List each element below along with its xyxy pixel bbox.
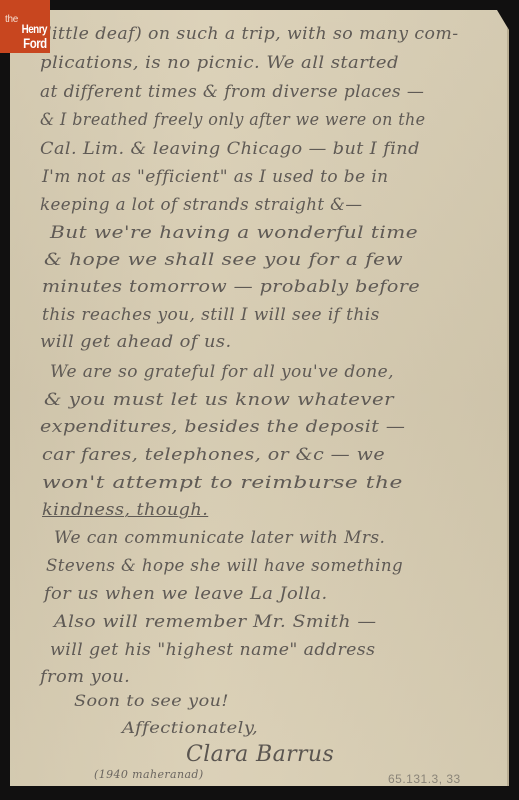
- letter-line: Cal. Lim. & leaving Chicago — but I find: [40, 139, 420, 159]
- letter-line: & you must let us know whatever: [44, 390, 394, 410]
- letter-line: & hope we shall see you for a few: [44, 250, 403, 270]
- letter-line: Also will remember Mr. Smith —: [54, 612, 376, 632]
- letter-line: minutes tomorrow — probably before: [42, 277, 420, 297]
- letter-line: But we're having a wonderful time: [50, 223, 418, 243]
- letter-line: will get ahead of us.: [40, 332, 232, 352]
- letter-page: little deaf) on such a trip, with so man…: [10, 10, 509, 786]
- letter-line: Stevens & hope she will have something: [46, 556, 403, 576]
- letter-line: will get his "highest name" address: [50, 640, 375, 660]
- archive-annotation: (1940 maheranad): [94, 768, 204, 781]
- logo-the-text: the: [5, 14, 18, 25]
- letter-line: car fares, telephones, or &c — we: [42, 445, 385, 465]
- letter-line: We are so grateful for all you've done,: [50, 362, 394, 382]
- letter-line: won't attempt to reimburse the: [42, 473, 403, 493]
- henry-ford-logo[interactable]: the Henry Ford: [0, 0, 50, 53]
- logo-henry-text: Henry: [22, 22, 47, 36]
- letter-line: for us when we leave La Jolla.: [44, 584, 328, 604]
- letter-line: plications, is no picnic. We all started: [40, 53, 399, 73]
- catalog-number: 65.131.3, 33: [388, 772, 461, 786]
- letter-line: We can communicate later with Mrs.: [54, 528, 385, 548]
- letter-line: little deaf) on such a trip, with so man…: [46, 24, 458, 44]
- letter-line: keeping a lot of strands straight &—: [40, 195, 362, 215]
- letter-line: at different times & from diverse places…: [40, 82, 424, 102]
- letter-line: kindness, though.: [42, 500, 208, 520]
- letter-line: from you.: [40, 667, 130, 687]
- document-viewer: the Henry Ford little deaf) on such a tr…: [0, 0, 519, 800]
- letter-closing: Soon to see you!: [74, 691, 229, 710]
- logo-ford-text: Ford: [23, 35, 47, 51]
- letter-line: I'm not as "efficient" as I used to be i…: [42, 167, 389, 187]
- letter-line: expenditures, besides the deposit —: [40, 417, 405, 437]
- letter-signature: Clara Barrus: [186, 742, 334, 767]
- letter-line: & I breathed freely only after we were o…: [40, 110, 426, 130]
- letter-line: this reaches you, still I will see if th…: [42, 305, 380, 325]
- letter-valediction: Affectionately,: [122, 718, 258, 737]
